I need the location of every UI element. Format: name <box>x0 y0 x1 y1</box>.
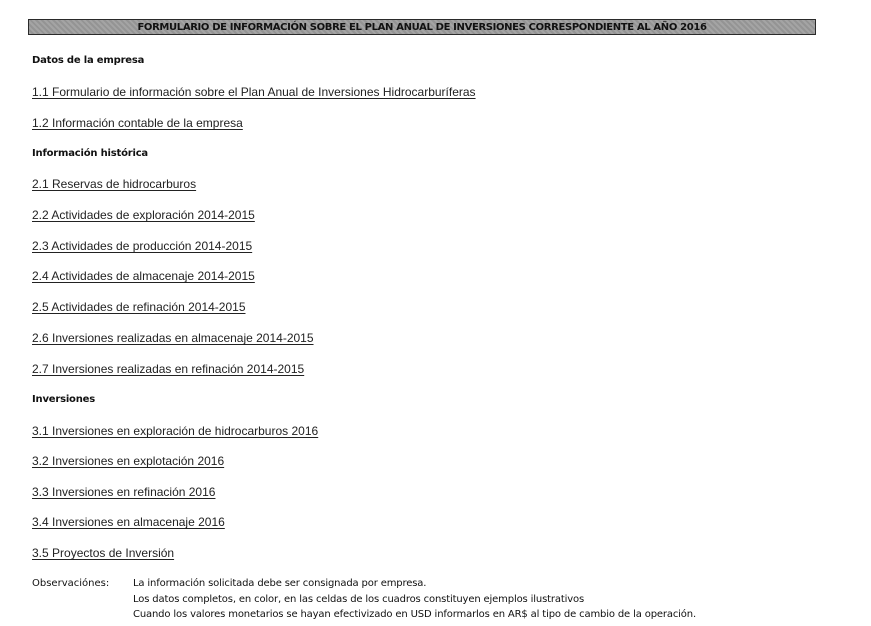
form-title-banner: FORMULARIO DE INFORMACIÓN SOBRE EL PLAN … <box>28 19 816 35</box>
observations-label: Observaciónes: <box>32 578 109 589</box>
observation-line-1: La información solicitada debe ser consi… <box>133 578 426 589</box>
link-2-1-reservas[interactable]: 2.1 Reservas de hidrocarburos <box>32 177 196 191</box>
form-title: FORMULARIO DE INFORMACIÓN SOBRE EL PLAN … <box>137 22 706 33</box>
link-1-2-informacion-contable[interactable]: 1.2 Información contable de la empresa <box>32 116 243 130</box>
observation-line-2: Los datos completos, en color, en las ce… <box>133 594 584 605</box>
link-2-7-inversiones-refinacion[interactable]: 2.7 Inversiones realizadas en refinación… <box>32 362 304 376</box>
link-1-1-formulario-plan-anual[interactable]: 1.1 Formulario de información sobre el P… <box>32 85 476 99</box>
observation-line-3: Cuando los valores monetarios se hayan e… <box>133 609 696 620</box>
link-2-3-produccion[interactable]: 2.3 Actividades de producción 2014-2015 <box>32 239 252 253</box>
link-3-4-almacenaje-2016[interactable]: 3.4 Inversiones en almacenaje 2016 <box>32 515 225 529</box>
link-2-6-inversiones-almacenaje[interactable]: 2.6 Inversiones realizadas en almacenaje… <box>32 331 314 345</box>
link-3-2-explotacion-2016[interactable]: 3.2 Inversiones en explotación 2016 <box>32 454 224 468</box>
section-heading-informacion-historica: Información histórica <box>32 148 148 159</box>
section-heading-datos-empresa: Datos de la empresa <box>32 55 144 66</box>
link-3-5-proyectos-inversion[interactable]: 3.5 Proyectos de Inversión <box>32 546 174 560</box>
link-2-2-exploracion[interactable]: 2.2 Actividades de exploración 2014-2015 <box>32 208 255 222</box>
link-3-1-exploracion-2016[interactable]: 3.1 Inversiones en exploración de hidroc… <box>32 424 318 438</box>
section-heading-inversiones: Inversiones <box>32 394 95 405</box>
link-2-4-almacenaje[interactable]: 2.4 Actividades de almacenaje 2014-2015 <box>32 269 255 283</box>
link-3-3-refinacion-2016[interactable]: 3.3 Inversiones en refinación 2016 <box>32 485 215 499</box>
link-2-5-refinacion[interactable]: 2.5 Actividades de refinación 2014-2015 <box>32 300 246 314</box>
